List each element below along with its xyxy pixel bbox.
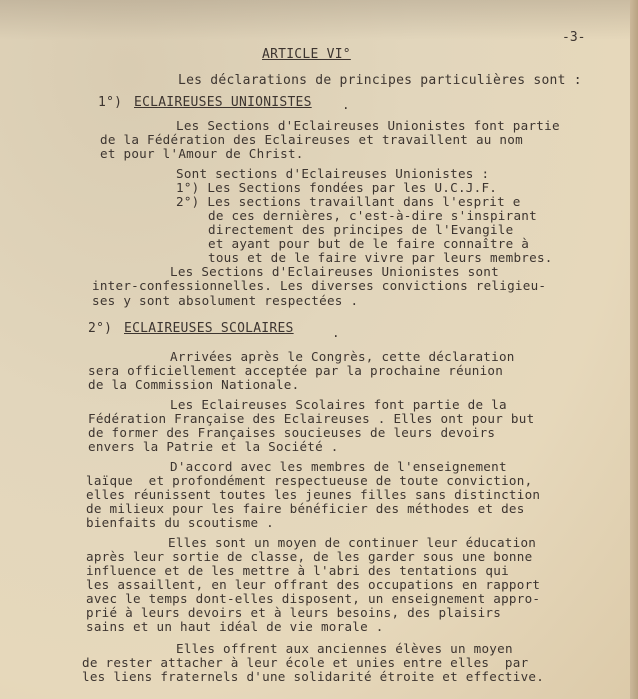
section2-line: elles réunissent toutes les jeunes fille… [86, 488, 540, 502]
section2-line: les liens fraternels d'une solidarité ét… [82, 670, 544, 684]
section2-line: bienfaits du scoutisme . [86, 516, 274, 530]
page-edge [630, 0, 638, 699]
section2-line: de rester attacher à leur école et unies… [82, 656, 528, 670]
section2-line: après leur sortie de classe, de les gard… [86, 550, 532, 564]
section1-number: 1°) [98, 96, 122, 110]
section1-line: de ces dernières, c'est-à-dire s'inspira… [208, 209, 537, 223]
section1-line: Les Sections d'Eclaireuses Unionistes fo… [176, 119, 560, 133]
page-number: -3- [562, 30, 585, 45]
section1-line: 1°) Les Sections fondées par les U.C.J.F… [176, 181, 497, 195]
section1-line: directement des principes de l'Evangile [208, 223, 513, 237]
section1-line: Sont sections d'Eclaireuses Unionistes : [176, 167, 489, 181]
section1-line: et pour l'Amour de Christ. [100, 147, 304, 161]
section2-line: sera officiellement acceptée par la proc… [88, 364, 503, 378]
section2-line: Arrivées après le Congrès, cette déclara… [170, 350, 515, 364]
section2-line: Les Eclaireuses Scolaires font partie de… [170, 398, 507, 412]
section1-heading-punct: . [342, 98, 350, 112]
section1-line: de la Fédération des Eclaireuses et trav… [100, 133, 523, 147]
section2-line: de milieux pour les faire bénéficier des… [86, 502, 525, 516]
section1-line: tous et de le faire vivre par leurs memb… [208, 251, 553, 265]
section2-line: prié à leurs devoirs et à leurs besoins,… [86, 606, 501, 620]
section2-line: influence et de les mettre à l'abri des … [86, 564, 509, 578]
section1-line: inter-confessionnelles. Les diverses con… [92, 279, 546, 293]
section1-line: ses y sont absolument respectées . [92, 294, 358, 308]
article-title: ARTICLE VI° [262, 48, 351, 62]
section1-heading: ECLAIREUSES UNIONISTES [134, 96, 312, 110]
section2-line: laïque et profondément respectueuse de t… [86, 474, 532, 488]
section1-line: Les Sections d'Eclaireuses Unionistes so… [170, 265, 499, 279]
section2-line: D'accord avec les membres de l'enseignem… [170, 460, 507, 474]
section2-line: Elles sont un moyen de continuer leur éd… [168, 536, 536, 550]
section2-number: 2°) [88, 322, 112, 336]
section1-line: et ayant pour but de le faire connaître … [208, 237, 529, 251]
section2-line: Elles offrent aux anciennes élèves un mo… [176, 642, 513, 656]
section2-heading: ECLAIREUSES SCOLAIRES [124, 322, 294, 336]
section2-line: envers la Patrie et la Société . [88, 440, 339, 454]
intro-text: Les déclarations de principes particuliè… [178, 74, 582, 88]
section2-line: de former des Françaises soucieuses de l… [88, 426, 495, 440]
section2-line: avec le temps dont-elles disposent, un e… [86, 592, 540, 606]
section2-line: sains et un haut idéal de vie morale . [86, 620, 384, 634]
section2-heading-punct: . [332, 326, 340, 340]
section2-line: de la Commission Nationale. [88, 378, 299, 392]
section2-line: les assaillent, en leur offrant des occu… [86, 578, 540, 592]
page-shadow [0, 0, 638, 40]
section1-line: 2°) Les sections travaillant dans l'espr… [176, 195, 521, 209]
section2-line: Fédération Française des Eclaireuses . E… [88, 412, 534, 426]
